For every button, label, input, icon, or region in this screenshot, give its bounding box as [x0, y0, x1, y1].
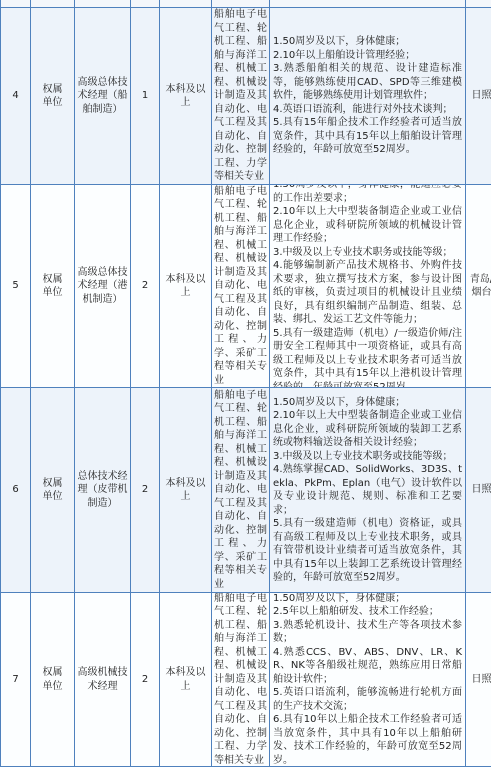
cell-count: 2: [131, 388, 160, 593]
table-row: 4 权属单位 高级总体技术经理（船舶制造） 1 本科及以上 船舶电子电气工程、轮…: [1, 8, 491, 185]
cell-position: 高级机械技术经理: [75, 593, 131, 767]
table-row: 5 权属单位 高级总体技术经理（港机制造） 2 本科及以上 船舶电子电气工程、轮…: [1, 185, 491, 388]
cell-seq: [1, 0, 31, 8]
cell-count: 1: [131, 8, 160, 185]
cell-seq: 5: [1, 185, 31, 388]
unit-label: 权属单位: [41, 83, 64, 110]
seq-number: 4: [1, 89, 30, 103]
cell-count: [131, 0, 160, 8]
location-label: 日照: [466, 673, 491, 687]
majors-list: 船舶电子电气工程、轮机工程、船舶与海洋工程、机械工程、机械设计制造及其自动化、电…: [214, 389, 267, 592]
unit-label: 权属单位: [41, 666, 64, 693]
location-label: 青岛/烟台: [466, 273, 491, 300]
cell-location: 日照: [466, 593, 491, 767]
table-row: 6 权属单位 总体技术经理（皮带机制造） 2 本科及以上 船舶电子电气工程、轮机…: [1, 388, 491, 593]
requirements-text: 1.50周岁及以下，身体健康； 2.10年以上船舶设计管理经验； 3.熟悉船舶相…: [273, 35, 462, 157]
cell-location: [466, 0, 491, 8]
headcount: 2: [131, 673, 159, 687]
location-label: 日照: [466, 89, 491, 103]
requirements-text: 1.50周岁及以下，身体健康； 2.10年以上大中型装备制造企业或工业信息化企业…: [273, 396, 462, 585]
cell-location: 日照: [466, 8, 491, 185]
cell-requirements: [270, 0, 466, 8]
cell-position: 总体技术经理（皮带机制造）: [75, 388, 131, 593]
cell-requirements: 1.50周岁及以下，身体健康； 2.10年以上大中型装备制造企业或工业信息化企业…: [270, 388, 466, 593]
location-label: 日照: [466, 483, 491, 497]
cell-unit: 权属单位: [31, 8, 75, 185]
cell-majors: 船舶电子电气工程、轮机工程、船舶与海洋工程、机械工程、机械设计制造及其自动化、电…: [212, 8, 270, 185]
cell-location: 日照: [466, 388, 491, 593]
seq-number: 6: [1, 483, 30, 497]
cell-location: 青岛/烟台: [466, 185, 491, 388]
table-row-partial: [1, 0, 491, 8]
cell-unit: [31, 0, 75, 8]
cell-position: 高级总体技术经理（港机制造）: [75, 185, 131, 388]
education-requirement: 本科及以上: [161, 666, 210, 693]
position-title: 总体技术经理（皮带机制造）: [77, 470, 128, 511]
cell-requirements: 1.50周岁及以下，身体健康； 2.10年以上船舶设计管理经验； 3.熟悉船舶相…: [270, 8, 466, 185]
cell-education: 本科及以上: [160, 593, 212, 767]
cell-seq: 4: [1, 8, 31, 185]
cell-requirements: 1.50周岁及以下，身体健康； 2.5年以上船舶研发、技术工作经验； 3.熟悉轮…: [270, 593, 466, 767]
page: 4 权属单位 高级总体技术经理（船舶制造） 1 本科及以上 船舶电子电气工程、轮…: [0, 0, 491, 769]
recruitment-table: 4 权属单位 高级总体技术经理（船舶制造） 1 本科及以上 船舶电子电气工程、轮…: [0, 0, 491, 767]
cell-majors: 船舶电子电气工程、轮机工程、船舶与海洋工程、机械工程、机械设计制造及其自动化、电…: [212, 593, 270, 767]
cell-seq: 7: [1, 593, 31, 767]
cell-unit: 权属单位: [31, 593, 75, 767]
cell-seq: 6: [1, 388, 31, 593]
seq-number: 5: [1, 279, 30, 293]
cell-education: 本科及以上: [160, 185, 212, 388]
position-title: 高级总体技术经理（船舶制造）: [77, 76, 128, 117]
requirements-text: 1.50周岁及以下，身体健康，能适应必要的工作出差要求； 2.10年以上大中型装…: [273, 185, 462, 388]
cell-position: [75, 0, 131, 8]
cell-education: [160, 0, 212, 8]
cell-education: 本科及以上: [160, 8, 212, 185]
seq-number: 7: [1, 673, 30, 687]
requirements-text: 1.50周岁及以下，身体健康； 2.5年以上船舶研发、技术工作经验； 3.熟悉轮…: [273, 593, 462, 767]
unit-label: 权属单位: [41, 273, 64, 300]
cell-unit: 权属单位: [31, 388, 75, 593]
cell-majors: 船舶电子电气工程、轮机工程、船舶与海洋工程、机械工程、机械设计制造及其自动化、电…: [212, 388, 270, 593]
position-title: 高级总体技术经理（港机制造）: [77, 266, 128, 307]
cell-count: 2: [131, 185, 160, 388]
cell-majors: 船舶电子电气工程、轮机工程、船舶与海洋工程、机械工程、机械设计制造及其自动化、电…: [212, 185, 270, 388]
cell-requirements: 1.50周岁及以下，身体健康，能适应必要的工作出差要求； 2.10年以上大中型装…: [270, 185, 466, 388]
headcount: 2: [131, 483, 159, 497]
cell-position: 高级总体技术经理（船舶制造）: [75, 8, 131, 185]
education-requirement: 本科及以上: [161, 477, 210, 504]
cell-unit: 权属单位: [31, 185, 75, 388]
education-requirement: 本科及以上: [161, 83, 210, 110]
headcount: 2: [131, 279, 159, 293]
unit-label: 权属单位: [41, 477, 64, 504]
position-title: 高级机械技术经理: [77, 666, 128, 693]
cell-count: 2: [131, 593, 160, 767]
education-requirement: 本科及以上: [161, 273, 210, 300]
cell-majors: [212, 0, 270, 8]
cell-education: 本科及以上: [160, 388, 212, 593]
headcount: 1: [131, 89, 159, 103]
table-row: 7 权属单位 高级机械技术经理 2 本科及以上 船舶电子电气工程、轮机工程、船舶…: [1, 593, 491, 767]
majors-list: 船舶电子电气工程、轮机工程、船舶与海洋工程、机械工程、机械设计制造及其自动化、电…: [214, 593, 267, 767]
majors-list: 船舶电子电气工程、轮机工程、船舶与海洋工程、机械工程、机械设计制造及其自动化、电…: [214, 185, 267, 387]
majors-list: 船舶电子电气工程、轮机工程、船舶与海洋工程、机械工程、机械设计制造及其自动化、电…: [214, 8, 267, 184]
